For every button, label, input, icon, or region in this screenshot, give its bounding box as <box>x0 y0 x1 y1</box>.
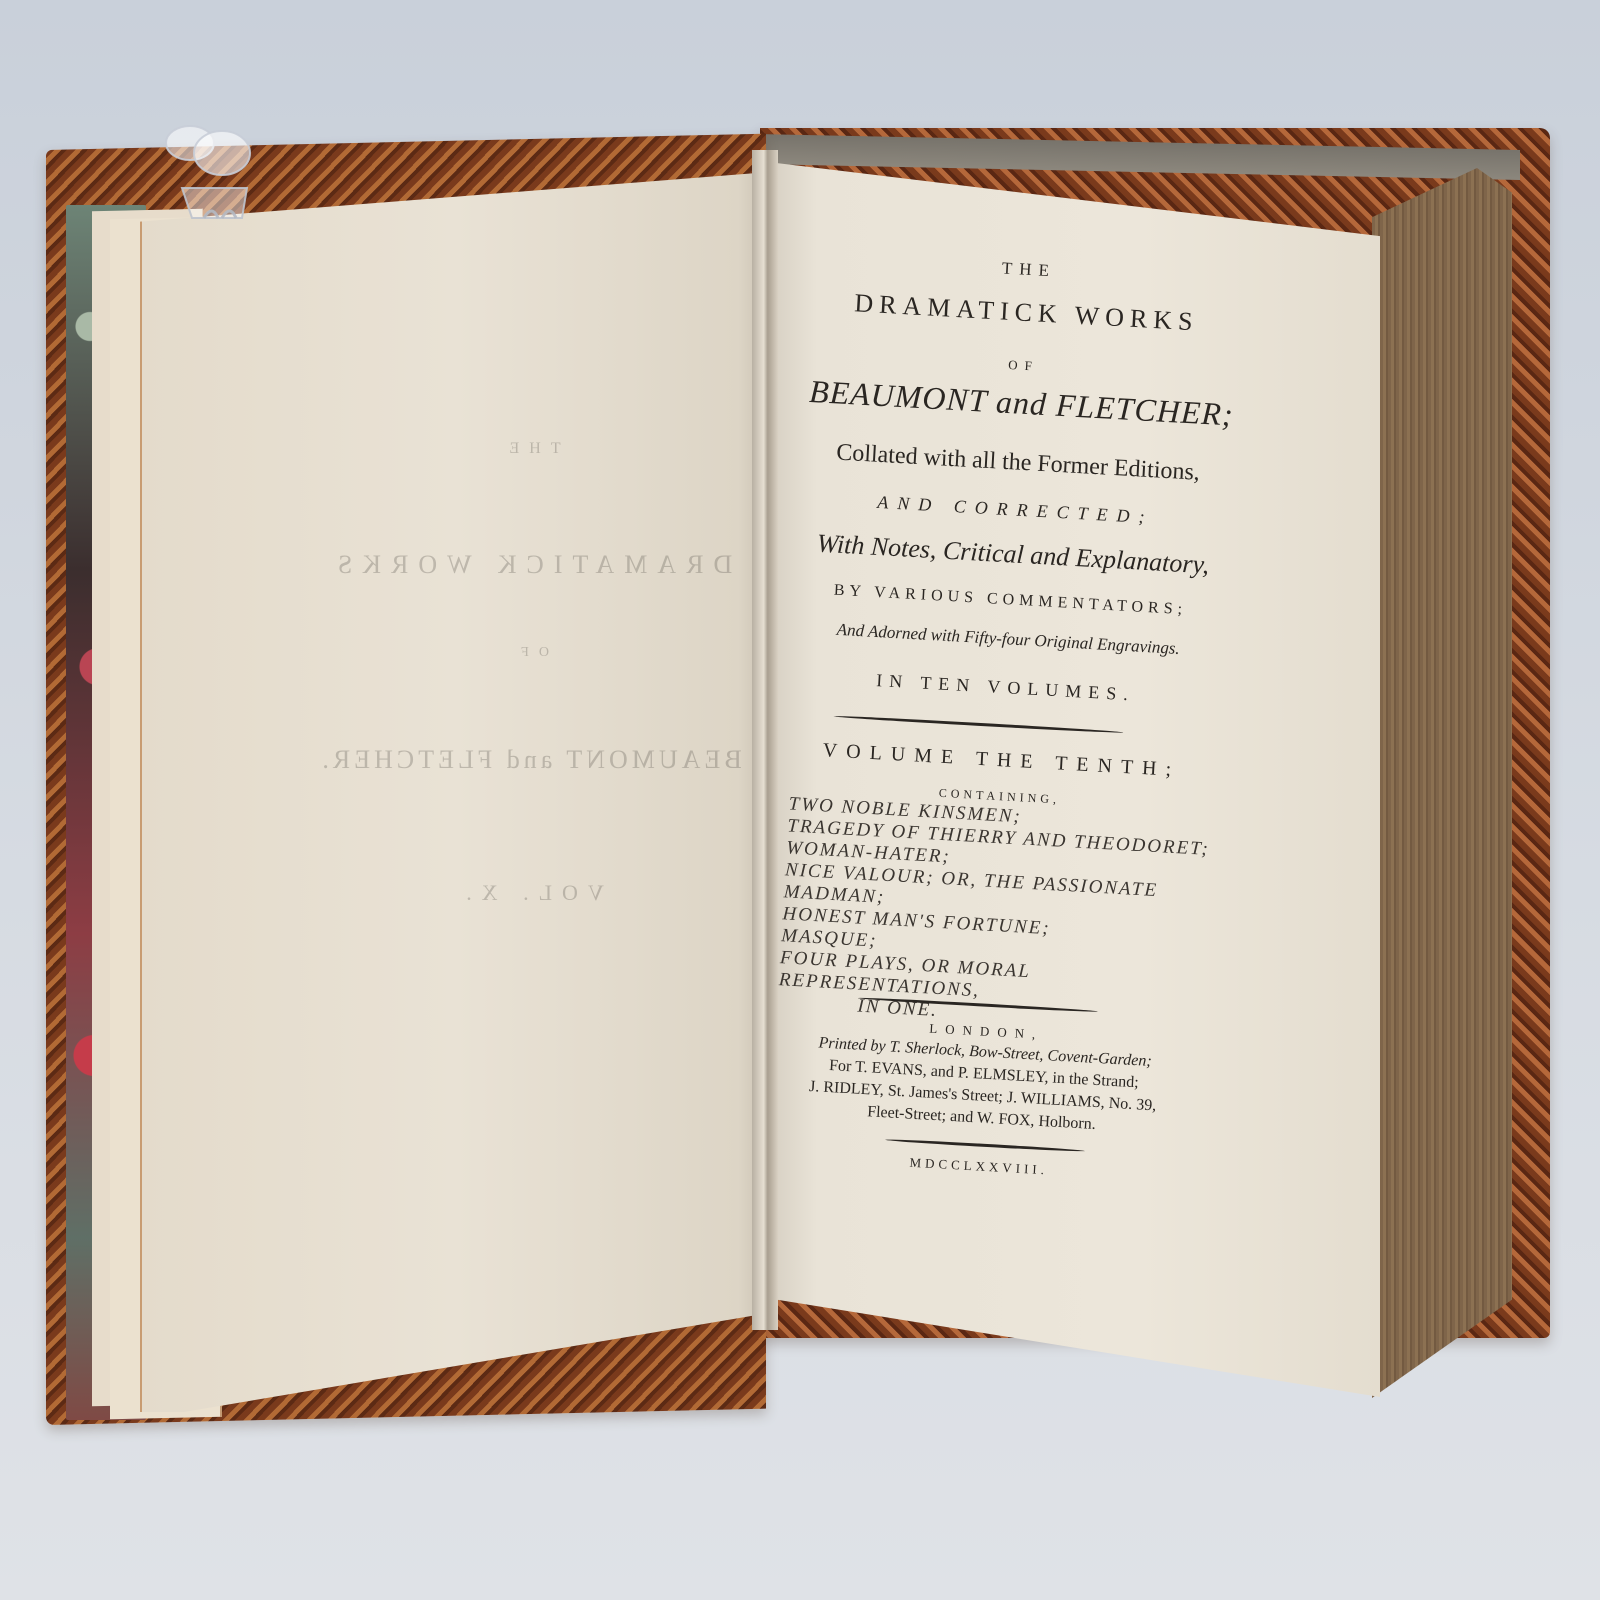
open-book: THE DRAMATICK WORKS OF BEAUMONT and FLET… <box>0 0 1600 1600</box>
page-clip-icon <box>152 118 262 238</box>
show-through-line: THE <box>300 440 760 458</box>
show-through-line: OF <box>300 645 760 661</box>
show-through-line: DRAMATICK WORKS <box>300 550 760 580</box>
commentators-line: BY VARIOUS COMMENTATORS; <box>790 579 1230 622</box>
show-through-line: VOL. X. <box>300 880 760 906</box>
decorative-rule <box>885 1138 1085 1152</box>
adorned-line: And Adorned with Fifty-four Original Eng… <box>788 617 1228 662</box>
plays-list: TWO NOBLE KINSMEN; TRAGEDY OF THIERRY AN… <box>777 793 1219 1037</box>
corrected-line: AND CORRECTED; <box>795 487 1235 533</box>
show-through-line: BEAUMONT and FLETCHER. <box>300 745 760 775</box>
main-title: DRAMATICK WORKS <box>806 286 1247 341</box>
notes-line: With Notes, Critical and Explanatory, <box>792 527 1233 582</box>
collated-line: Collated with all the Former Editions, <box>798 437 1239 489</box>
publication-date: MDCCLXXVIII. <box>759 1146 1199 1187</box>
fore-edge <box>1372 168 1512 1398</box>
decorative-rule <box>834 715 1124 734</box>
show-through-text: THE DRAMATICK WORKS OF BEAUMONT and FLET… <box>300 440 760 940</box>
title-page-text: THE DRAMATICK WORKS OF BEAUMONT and FLET… <box>754 238 1250 1271</box>
volumes-line: IN TEN VOLUMES. <box>785 665 1225 711</box>
volume-line: VOLUME THE TENTH; <box>781 737 1222 785</box>
